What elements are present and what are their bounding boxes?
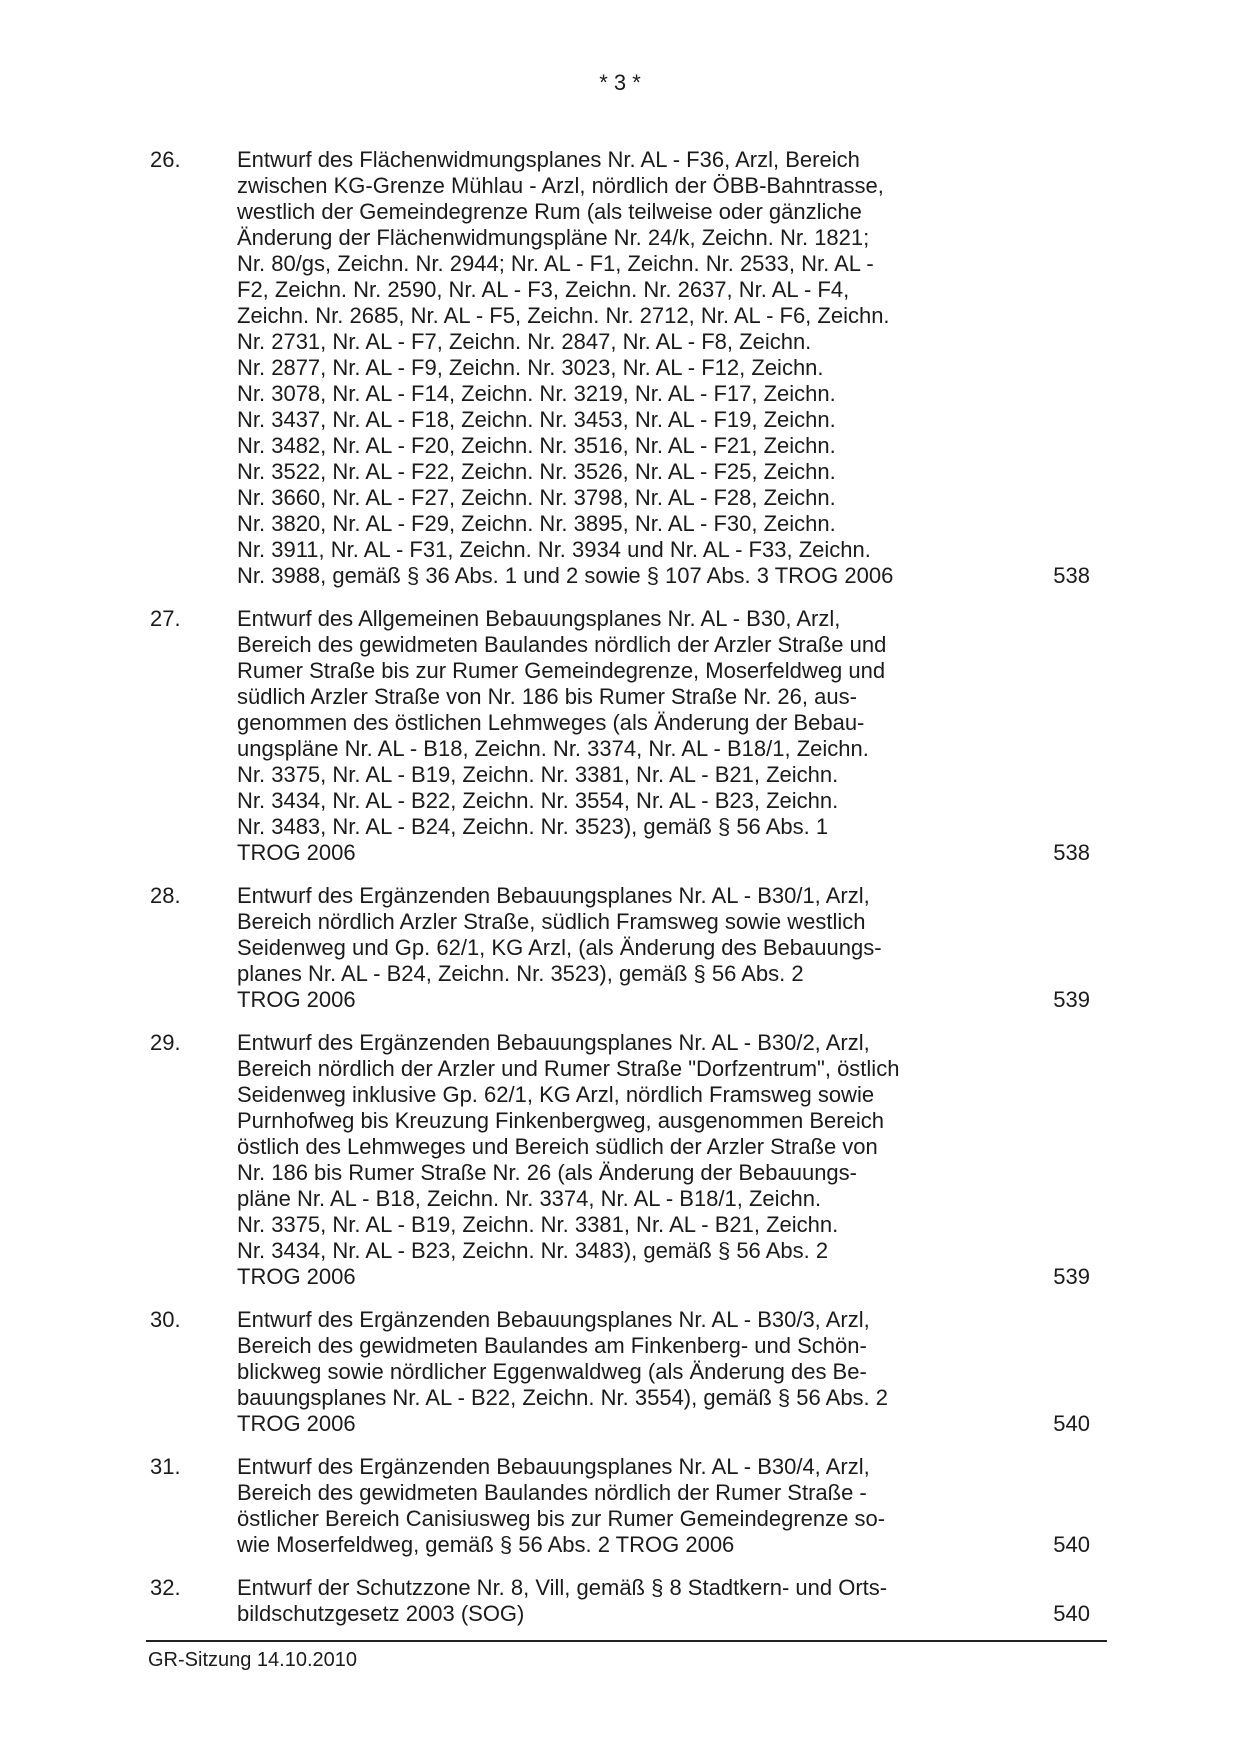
item-text: Entwurf der Schutzzone Nr. 8, Vill, gemä…: [237, 1575, 952, 1627]
agenda-item-30: 30. Entwurf des Ergänzenden Bebauungspla…: [150, 1307, 1090, 1437]
item-text: Entwurf des Flächenwidmungsplanes Nr. AL…: [237, 147, 952, 589]
item-text: Entwurf des Allgemeinen Bebauungsplanes …: [237, 606, 952, 866]
item-number: 30.: [150, 1307, 237, 1437]
item-number: 29.: [150, 1030, 237, 1290]
footer-divider: [146, 1640, 1107, 1642]
agenda-item-29: 29. Entwurf des Ergänzenden Bebauungspla…: [150, 1030, 1090, 1290]
item-number: 32.: [150, 1575, 237, 1627]
item-number: 31.: [150, 1454, 237, 1558]
agenda-list: 26. Entwurf des Flächenwidmungsplanes Nr…: [150, 147, 1090, 1644]
page-number-header: * 3 *: [0, 70, 1240, 96]
item-number: 26.: [150, 147, 237, 589]
item-number: 28.: [150, 883, 237, 1013]
item-text: Entwurf des Ergänzenden Bebauungsplanes …: [237, 1030, 952, 1290]
item-page-ref: 539: [952, 987, 1090, 1013]
agenda-item-27: 27. Entwurf des Allgemeinen Bebauungspla…: [150, 606, 1090, 866]
agenda-item-32: 32. Entwurf der Schutzzone Nr. 8, Vill, …: [150, 1575, 1090, 1627]
item-page-ref: 540: [952, 1601, 1090, 1627]
item-text: Entwurf des Ergänzenden Bebauungsplanes …: [237, 1454, 952, 1558]
item-page-ref: 538: [952, 563, 1090, 589]
agenda-item-28: 28. Entwurf des Ergänzenden Bebauungspla…: [150, 883, 1090, 1013]
item-page-ref: 540: [952, 1532, 1090, 1558]
item-page-ref: 539: [952, 1264, 1090, 1290]
agenda-item-31: 31. Entwurf des Ergänzenden Bebauungspla…: [150, 1454, 1090, 1558]
item-number: 27.: [150, 606, 237, 866]
document-page: * 3 * 26. Entwurf des Flächenwidmungspla…: [0, 0, 1240, 1755]
item-text: Entwurf des Ergänzenden Bebauungsplanes …: [237, 883, 952, 1013]
agenda-item-26: 26. Entwurf des Flächenwidmungsplanes Nr…: [150, 147, 1090, 589]
item-text: Entwurf des Ergänzenden Bebauungsplanes …: [237, 1307, 952, 1437]
item-page-ref: 538: [952, 840, 1090, 866]
item-page-ref: 540: [952, 1411, 1090, 1437]
footer-session-label: GR-Sitzung 14.10.2010: [148, 1648, 357, 1672]
